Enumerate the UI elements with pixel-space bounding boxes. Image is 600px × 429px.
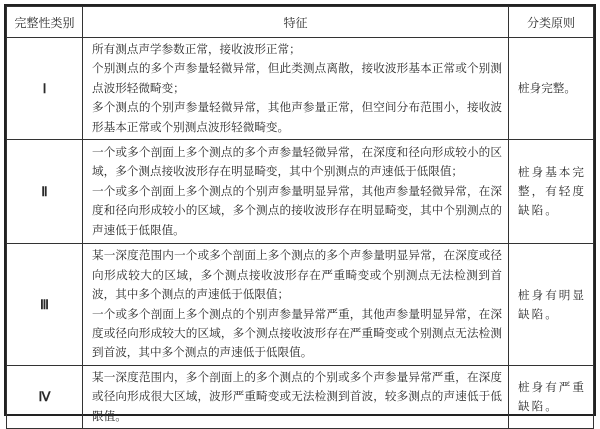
feature-item: 一个或多个剖面上多个测点的个别声参量明显异常，其他声参量轻微异常，在深度和径向形… <box>92 182 502 240</box>
class-label: Ⅳ <box>7 366 83 419</box>
class-label: Ⅰ <box>7 38 83 140</box>
table-header-row: 完整性类别 特征 分类原则 <box>7 7 594 38</box>
feature-item: 某一深度范围内，多个剖面上的多个测点的个别或多个声参量异常严重，在深度或径向形成… <box>92 368 502 419</box>
class-label: Ⅱ <box>7 140 83 244</box>
classification-rule: 桩身基本完整，有轻度缺陷。 <box>509 140 594 244</box>
table-row-class-4: Ⅳ 某一深度范围内，多个剖面上的多个测点的个别或多个声参量异常严重，在深度或径向… <box>7 366 594 419</box>
integrity-classification-table-frame: 完整性类别 特征 分类原则 Ⅰ 所有测点声学参数正常，接收波形正常； 个别测点的… <box>4 4 596 416</box>
classification-rule: 桩身有明显缺陷。 <box>509 244 594 366</box>
feature-cell: 所有测点声学参数正常，接收波形正常； 个别测点的多个声参量轻微异常，但此类测点离… <box>83 38 509 140</box>
class-label: Ⅲ <box>7 244 83 366</box>
header-integrity-class: 完整性类别 <box>7 7 83 38</box>
table-row-class-3: Ⅲ 某一深度范围内一个或多个剖面上多个测点的多个声参量明显异常，在深度或径向形成… <box>7 244 594 366</box>
header-classification-rule: 分类原则 <box>509 7 594 38</box>
feature-cell: 某一深度范围内一个或多个剖面上多个测点的多个声参量明显异常，在深度或径向形成较大… <box>83 244 509 366</box>
feature-cell: 某一深度范围内，多个剖面上的多个测点的个别或多个声参量异常严重，在深度或径向形成… <box>83 366 509 419</box>
feature-item: 所有测点声学参数正常，接收波形正常； <box>92 40 502 59</box>
header-features: 特征 <box>83 7 509 38</box>
feature-item: 一个或多个剖面上多个测点的个别声参量异常严重，其他声参量明显异常，在深度或径向形… <box>92 305 502 363</box>
table-row-class-1: Ⅰ 所有测点声学参数正常，接收波形正常； 个别测点的多个声参量轻微异常，但此类测… <box>7 38 594 140</box>
feature-item: 一个或多个剖面上多个测点的多个声参量轻微异常，在深度和径向形成较小的区域，多个测… <box>92 143 502 182</box>
feature-item: 多个测点的个别声参量轻微异常，其他声参量正常，但空间分布范围小，接收波形基本正常… <box>92 98 502 137</box>
feature-item: 某一深度范围内一个或多个剖面上多个测点的多个声参量明显异常，在深度或径向形成较大… <box>92 246 502 304</box>
feature-item: 个别测点的多个声参量轻微异常，但此类测点离散，接收波形基本正常或个别测点波形轻微… <box>92 59 502 98</box>
integrity-classification-table: 完整性类别 特征 分类原则 Ⅰ 所有测点声学参数正常，接收波形正常； 个别测点的… <box>6 6 594 419</box>
classification-rule: 桩身有严重缺陷。 <box>509 366 594 419</box>
classification-rule: 桩身完整。 <box>509 38 594 140</box>
feature-cell: 一个或多个剖面上多个测点的多个声参量轻微异常，在深度和径向形成较小的区域，多个测… <box>83 140 509 244</box>
table-row-class-2: Ⅱ 一个或多个剖面上多个测点的多个声参量轻微异常，在深度和径向形成较小的区域，多… <box>7 140 594 244</box>
